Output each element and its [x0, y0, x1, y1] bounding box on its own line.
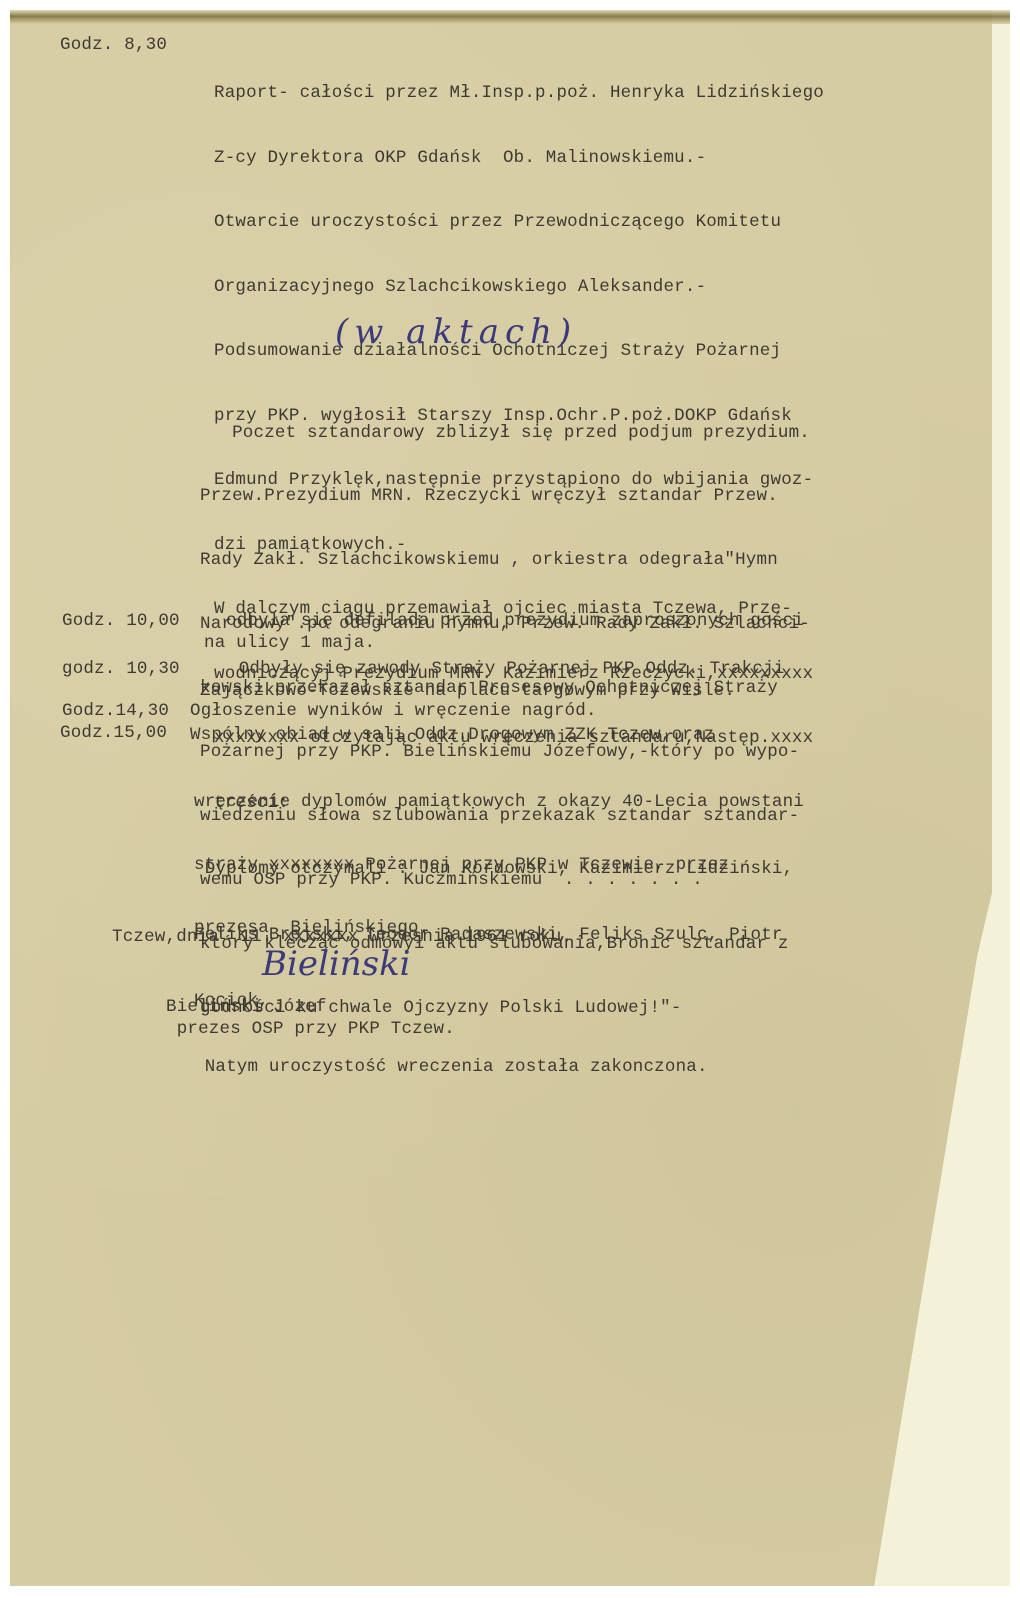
signatory-title: prezes OSP przy PKP Tczew. — [166, 1020, 455, 1039]
schedule-time-1030: godz. 10,30 — [62, 660, 180, 679]
schedule-time-1000: Godz. 10,00 — [62, 612, 180, 631]
text-line: Raport- całości przez Mł.Insp.p.poż. Hen… — [214, 83, 824, 105]
text-line: Otwarcie uroczystości przez Przewodniczą… — [214, 212, 824, 234]
handwritten-signature: Bieliński — [262, 944, 411, 984]
paper-fold-edge — [10, 10, 1010, 24]
entry-time-0830: Godz. 8,30 — [60, 36, 167, 55]
text-line: Dyplomy otczymali : Jan Kordowski, Kazim… — [194, 858, 793, 880]
text-line: Z-cy Dyrektora OKP Gdańsk Ob. Malinowski… — [214, 148, 824, 170]
schedule-body-1030-line2: Zajączkowo-Tczewskie na placu targowym p… — [200, 682, 735, 701]
schedule-body-1000-line1: odbyła się defilada przed prezydium zapr… — [226, 612, 804, 631]
schedule-time-1500: Godz.15,00 — [60, 724, 167, 743]
schedule-body-1000-line2: na ulicy 1 maja. — [204, 634, 375, 653]
handwritten-note: (w aktach) — [335, 312, 577, 352]
text-line: Rady Zakł. Szlachcikowskiemu , orkiestra… — [200, 550, 810, 571]
signatory-name: Bieliński Józef — [166, 998, 327, 1017]
text-line: Natym uroczystość wreczenia została zako… — [194, 1056, 793, 1078]
schedule-time-1430: Godz.14,30 — [62, 702, 169, 721]
text-line: Organizacyjnego Szlachcikowskiego Aleksa… — [214, 277, 824, 299]
text-line: Przew.Prezydium MRN. Rzeczycki wręczył s… — [200, 486, 810, 507]
schedule-body-1430: Ogłoszenie wyników i wręczenie nagród. — [190, 702, 597, 721]
text-line: Poczet sztandarowy zblizył się przed pod… — [200, 423, 810, 444]
text-line: wręczenie dyplomów pamiątkowych z okazy … — [194, 792, 804, 813]
schedule-body-1030-line1: Odbyły się zawody Straży Pożarnej PKP Od… — [228, 660, 785, 679]
schedule-body-1500-line1: Wspólny obiad w sali Oddz.Drogowym ZZK T… — [190, 726, 714, 745]
